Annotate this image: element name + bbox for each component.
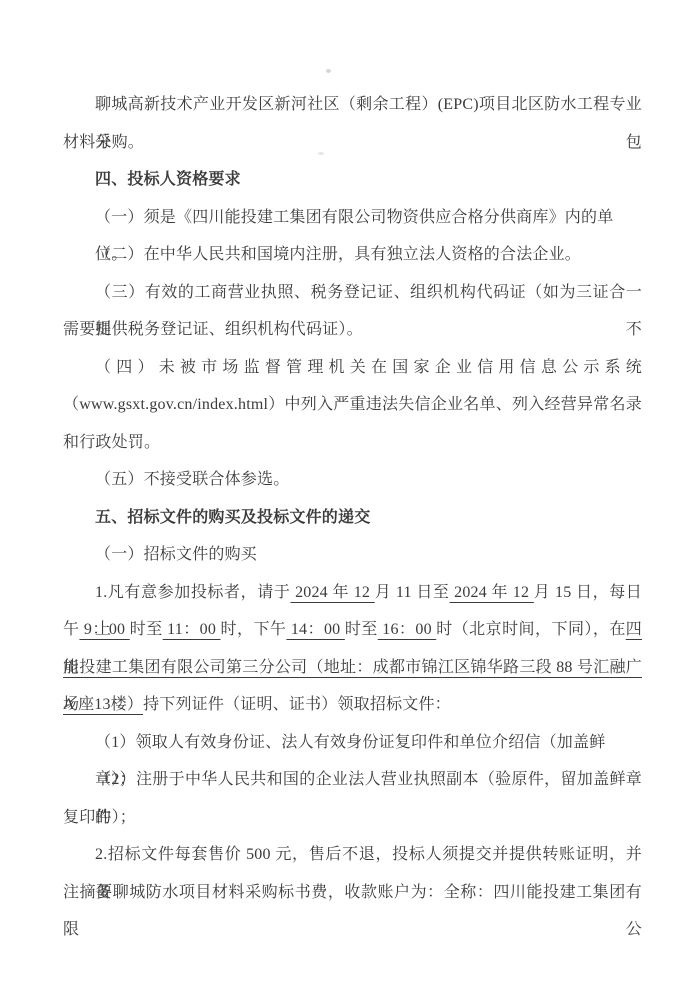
document-page: 聊城高新技术产业开发区新河社区（剩余工程）(EPC)项目北区防水工程专业分包材料… (0, 0, 700, 989)
requirement-5: （五）不接受联合体参选。 (63, 461, 642, 499)
text-segment: 时（北京时间，下同），在 (436, 621, 626, 638)
text-segment: 时，下午 (221, 621, 287, 638)
requirement-3-line-1: （三）有效的工商营业执照、税务登记证、组织机构代码证（如为三证合一则不 (63, 274, 642, 312)
text-segment: 需要提供税务登记证、组织机构代码证）。 (63, 321, 363, 338)
text-segment: 时至 (345, 621, 378, 638)
text-segment: （五）不接受联合体参选。 (95, 471, 289, 488)
text-segment: （四）未被市场监督管理机关在国家企业信用信息公示系统 (95, 359, 642, 376)
section-4-heading: 四、投标人资格要求 (63, 161, 642, 199)
text-segment: 材料采购。 (63, 134, 144, 151)
document-content: 聊城高新技术产业开发区新河社区（剩余工程）(EPC)项目北区防水工程专业分包材料… (63, 86, 642, 911)
credential-item-2-line-2: 复印件）； (63, 799, 642, 837)
project-title-line-1: 聊城高新技术产业开发区新河社区（剩余工程）(EPC)项目北区防水工程专业分包 (63, 86, 642, 124)
requirement-4-line-1: （四）未被市场监督管理机关在国家企业信用信息公示系统 (63, 349, 642, 387)
purchase-para-1-line-1: 1.凡有意参加投标者，请于 2024 年 12 月 11 日至 2024 年 1… (63, 574, 642, 612)
text-segment: （二）在中华人民共和国境内注册，具有独立法人资格的合法企业。 (95, 246, 581, 263)
requirement-4-line-3: 和行政处罚。 (63, 424, 642, 462)
scan-artifact (326, 69, 331, 73)
text-segment: 时至 (130, 621, 163, 638)
credential-item-2-line-1: （2）注册于中华人民共和国的企业法人营业执照副本（验原件，留加盖鲜章的 (63, 761, 642, 799)
text-segment: 月 11 日至 (375, 584, 450, 601)
underlined-text: 11：00 (163, 621, 221, 638)
underlined-text: 9：00 (79, 621, 129, 638)
underlined-text: 2024 年 12 (290, 584, 374, 601)
text-segment: 午 (63, 621, 79, 638)
text-segment: 复印件）； (63, 809, 136, 826)
text-segment: 注摘要聊城防水项目材料采购标书费，收款账户为：全称：四川能投建工集团有限公 (63, 884, 642, 939)
text-segment: 聊城高新技术产业开发区新河社区（剩余工程）(EPC)项目北区防水工程专业分包 (95, 96, 642, 151)
text-segment: 持下列证件（证明、证书）领取招标文件： (143, 696, 451, 713)
requirement-4-line-2: （www.gsxt.gov.cn/index.html）中列入严重违法失信企业名… (63, 386, 642, 424)
credential-item-1: （1）领取人有效身份证、法人有效身份证复印件和单位介绍信（加盖鲜章）； (63, 724, 642, 762)
text-segment: （www.gsxt.gov.cn/index.html）中列入严重违法失信企业名… (63, 396, 642, 413)
purchase-para-1-line-2: 午 9：00 时至 11：00 时，下午 14：00 时至 16：00 时（北京… (63, 611, 642, 649)
purchase-para-1-line-4: A 座13楼）持下列证件（证明、证书）领取招标文件： (63, 686, 642, 724)
requirement-1: （一）须是《四川能投建工集团有限公司物资供应合格分供商库》内的单位。 (63, 199, 642, 237)
text-segment: 五、招标文件的购买及投标文件的递交 (95, 509, 370, 526)
purchase-para-1-line-3: 能投建工集团有限公司第三分公司（地址：成都市锦江区锦华路三段 88 号汇融广场 (63, 649, 642, 687)
purchase-para-2-line-1: 2.招标文件每套售价 500 元，售后不退，投标人须提交并提供转账证明，并备 (63, 836, 642, 874)
text-segment: （一）招标文件的购买 (95, 546, 257, 563)
section-5-heading: 五、招标文件的购买及投标文件的递交 (63, 499, 642, 537)
subsection-5-1-heading: （一）招标文件的购买 (63, 536, 642, 574)
requirement-2: （二）在中华人民共和国境内注册，具有独立法人资格的合法企业。 (63, 236, 642, 274)
text-segment: 四、投标人资格要求 (95, 171, 241, 188)
purchase-para-2-line-2: 注摘要聊城防水项目材料采购标书费，收款账户为：全称：四川能投建工集团有限公 (63, 874, 642, 912)
underlined-text: A 座13楼） (63, 696, 143, 713)
underlined-text: 2024 年 12 (450, 584, 534, 601)
text-segment: 和行政处罚。 (63, 434, 160, 451)
underlined-text: 14：00 (286, 621, 344, 638)
text-segment: 1.凡有意参加投标者，请于 (95, 584, 290, 601)
underlined-text: 16：00 (378, 621, 436, 638)
